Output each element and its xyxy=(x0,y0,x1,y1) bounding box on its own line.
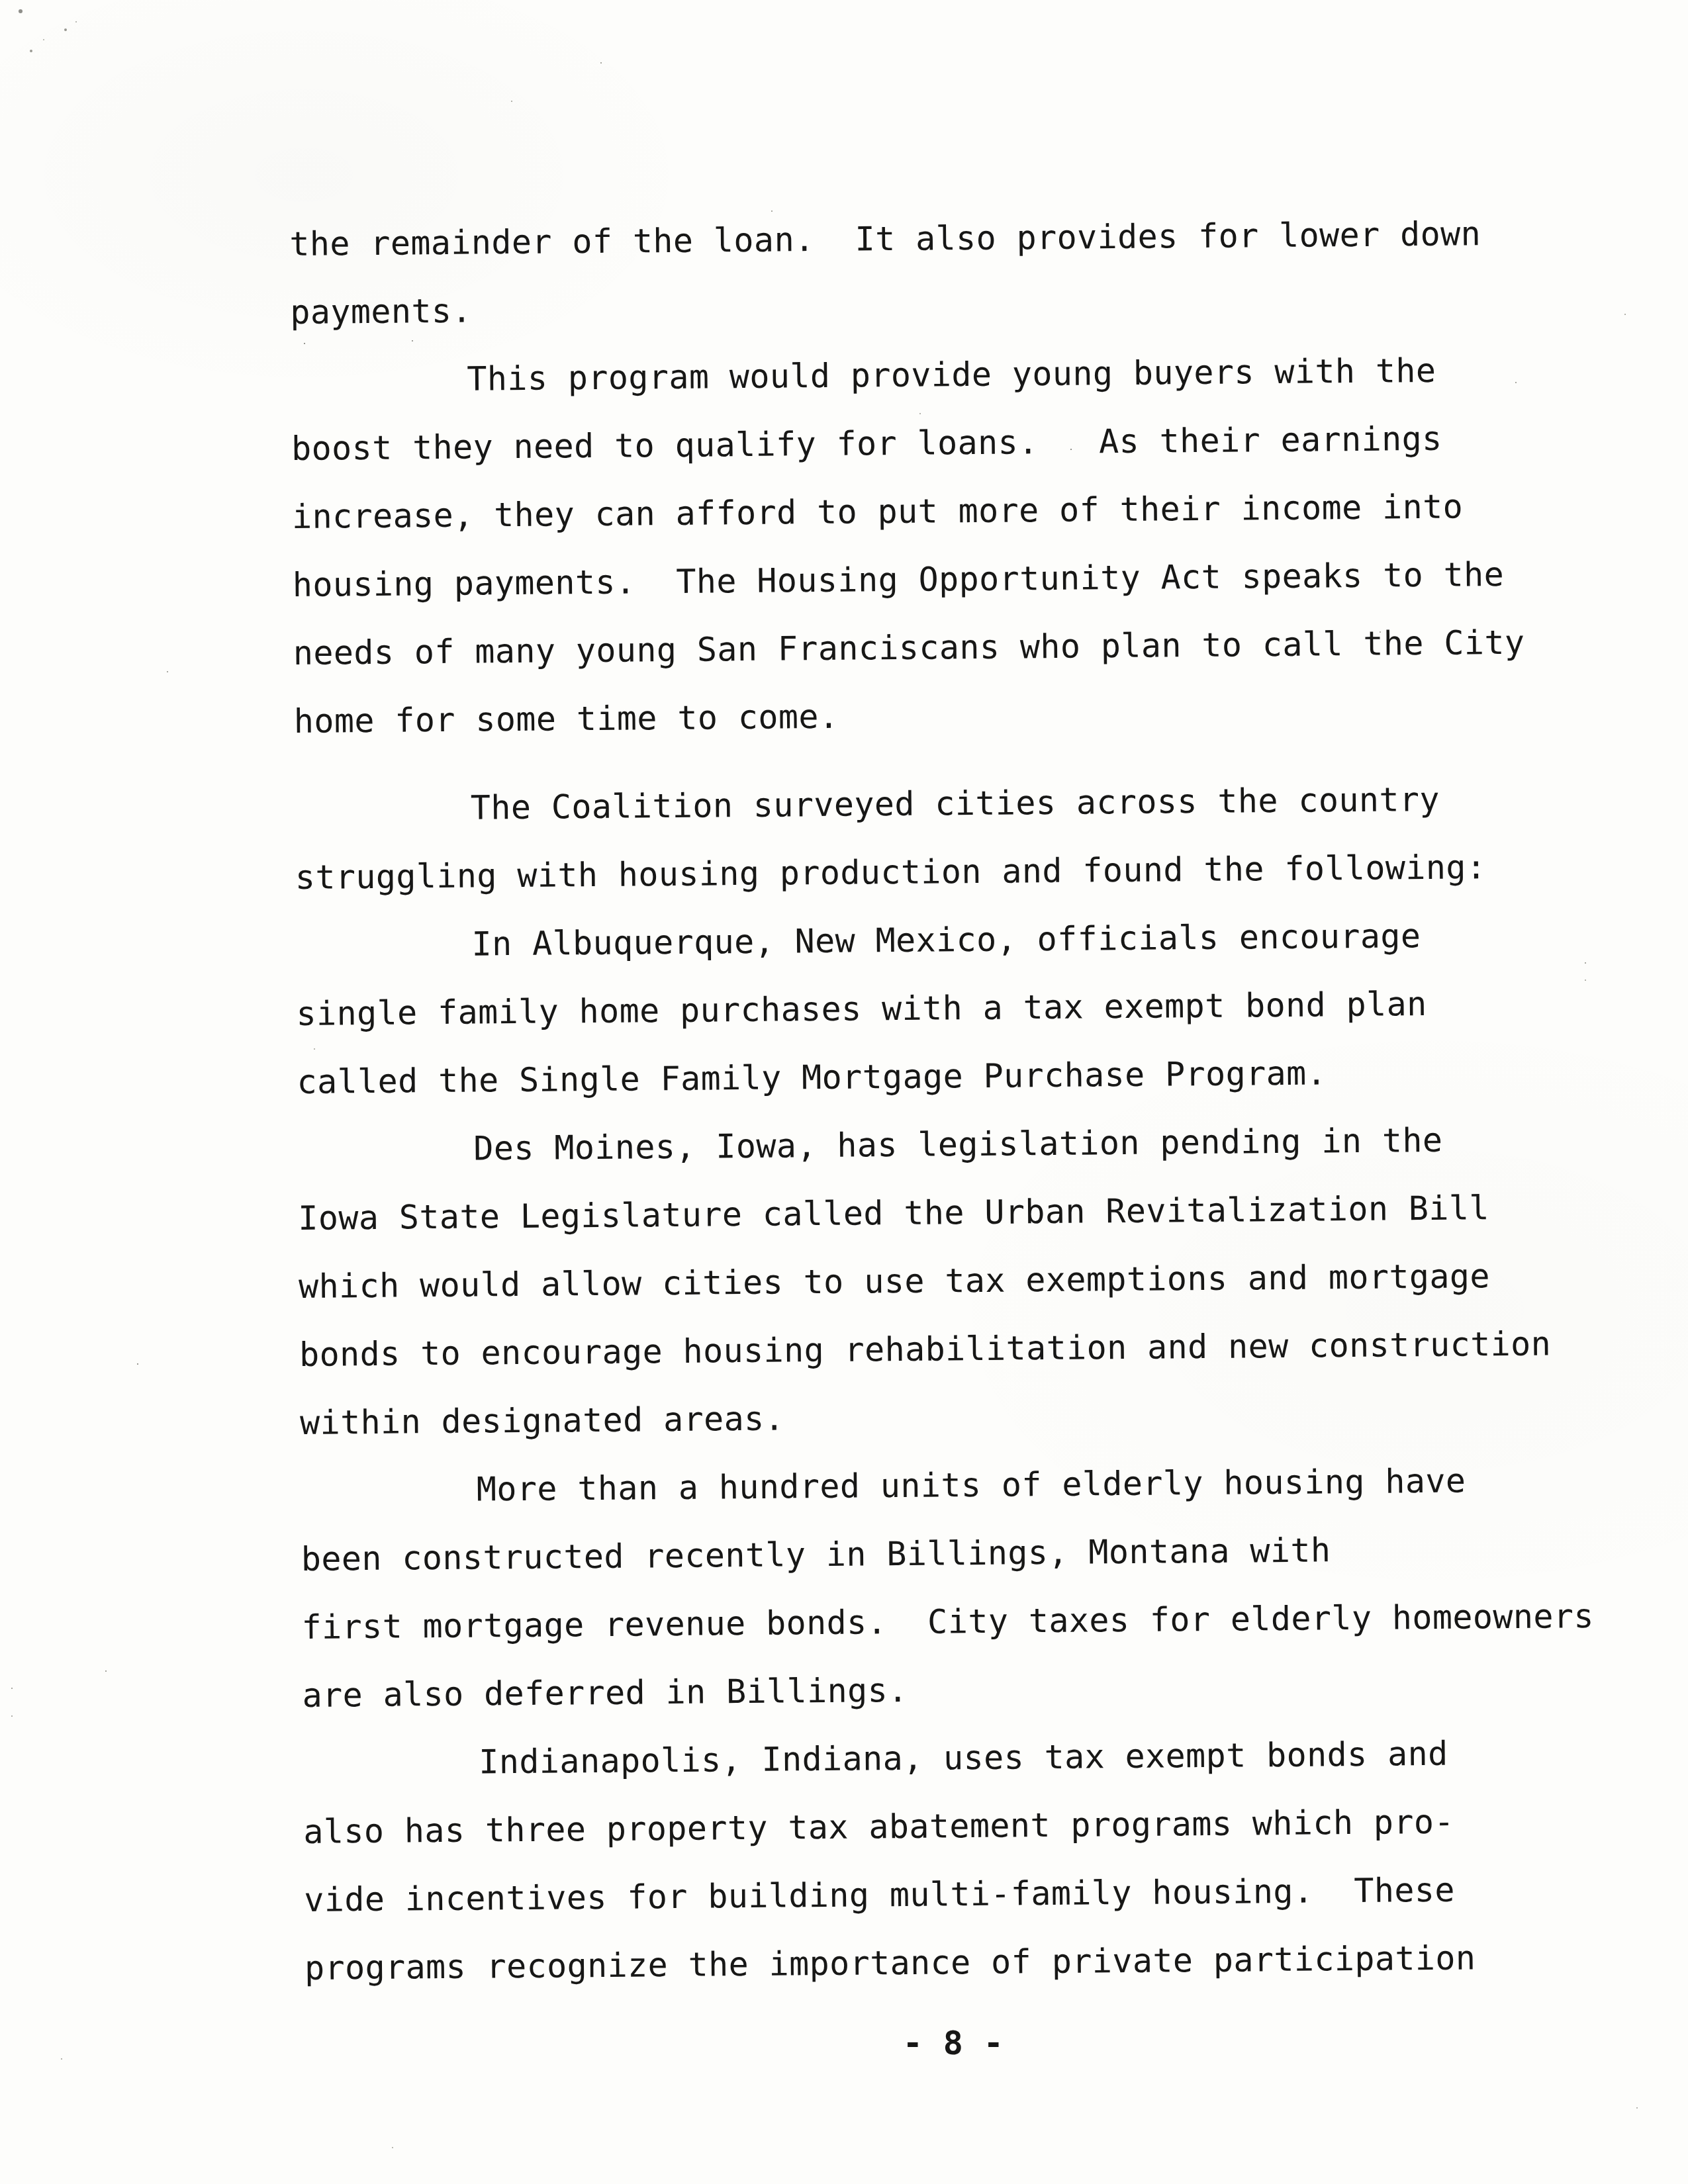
scan-noise xyxy=(19,9,23,13)
text-line: Iowa State Legislature called the Urban … xyxy=(298,1173,1636,1253)
text-line: bonds to encourage housing rehabilitatio… xyxy=(299,1309,1637,1389)
text-line: within designated areas. xyxy=(300,1377,1638,1457)
text-line: first mortgage revenue bonds. City taxes… xyxy=(301,1582,1639,1662)
text-line: needs of many young San Franciscans who … xyxy=(293,608,1630,688)
page-number: - 8 - xyxy=(218,2026,1688,2060)
text-line: Des Moines, Iowa, has legislation pendin… xyxy=(297,1105,1635,1185)
text-line: called the Single Family Mortgage Purcha… xyxy=(297,1036,1634,1116)
text-line: which would allow cities to use tax exem… xyxy=(299,1241,1636,1321)
text-line: home for some time to come. xyxy=(293,676,1631,756)
text-line: payments. xyxy=(290,267,1628,347)
text-line: are also deferred in Billings. xyxy=(302,1650,1640,1730)
text-line: also has three property tax abatement pr… xyxy=(303,1786,1641,1866)
text-line: Indianapolis, Indiana, uses tax exempt b… xyxy=(303,1718,1640,1798)
text-line: vide incentives for building multi-famil… xyxy=(304,1854,1642,1934)
text-line: The Coalition surveyed cities across the… xyxy=(294,764,1632,844)
text-line: programs recognize the importance of pri… xyxy=(305,1923,1642,2003)
text-block: the remainder of the loan. It also provi… xyxy=(289,199,1642,2003)
text-line: In Albuquerque, New Mexico, officials en… xyxy=(295,900,1633,980)
text-line: single family home purchases with a tax … xyxy=(296,968,1634,1048)
text-line: boost they need to qualify for loans. As… xyxy=(291,403,1629,483)
text-line: housing payments. The Housing Opportunit… xyxy=(292,539,1630,619)
text-line: the remainder of the loan. It also provi… xyxy=(289,199,1627,279)
text-line: This program would provide young buyers … xyxy=(291,335,1628,415)
text-line: struggling with housing production and f… xyxy=(295,832,1632,912)
text-line: increase, they can afford to put more of… xyxy=(292,471,1630,551)
text-line: More than a hundred units of elderly hou… xyxy=(300,1445,1638,1525)
document-page: the remainder of the loan. It also provi… xyxy=(0,0,1688,2184)
text-line: been constructed recently in Billings, M… xyxy=(301,1514,1638,1594)
